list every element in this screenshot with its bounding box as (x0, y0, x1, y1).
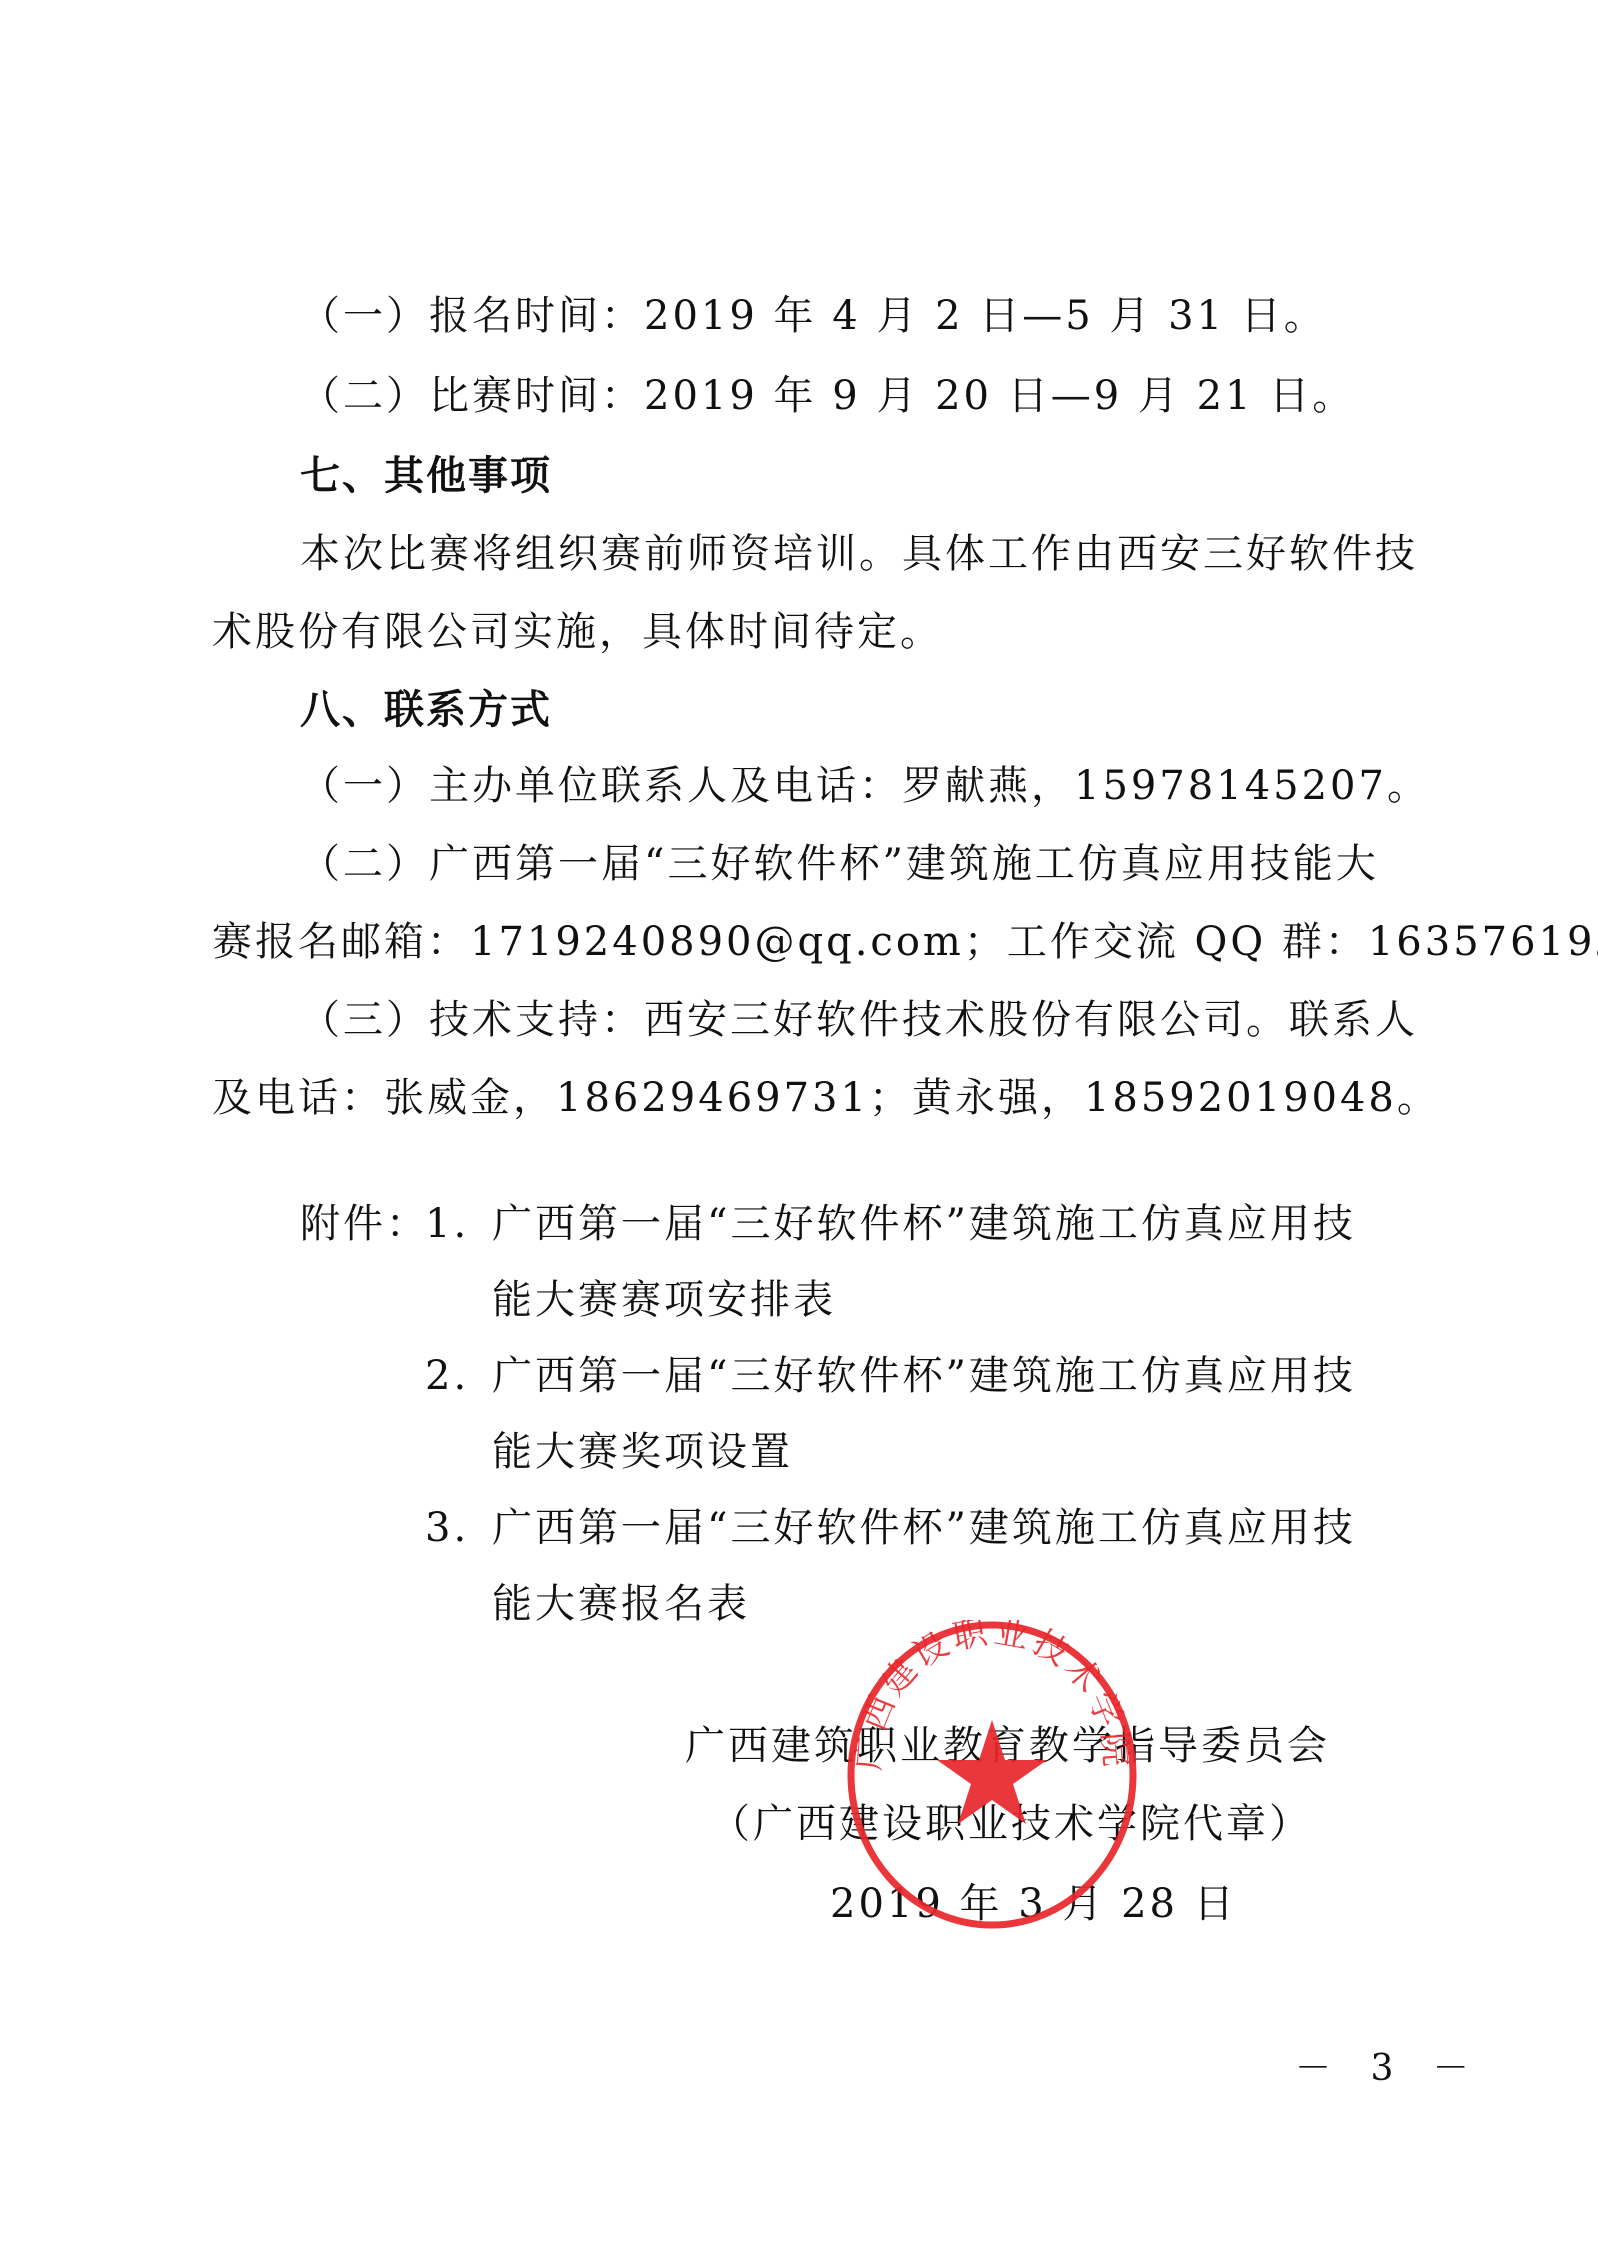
attachment-number: 3. (425, 1504, 469, 1552)
section7-paragraph-line1: 本次比赛将组织赛前师资培训。具体工作由西安三好软件技 (300, 530, 1418, 578)
attachment-title-line2: 能大赛报名表 (492, 1580, 750, 1628)
section7-heading: 七、其他事项 (300, 452, 552, 500)
attachment-title-line1: 广西第一届“三好软件杯”建筑施工仿真应用技 (492, 1352, 1356, 1400)
section7-paragraph-line2: 术股份有限公司实施，具体时间待定。 (212, 608, 943, 656)
section8-heading: 八、联系方式 (300, 686, 552, 734)
signature-seal-note: （广西建设职业技术学院代章） (710, 1800, 1312, 1848)
contact-support-line2: 及电话：张威金，18629469731；黄永强，18592019048。 (212, 1074, 1440, 1122)
page-number: － 3 － (1295, 2040, 1483, 2091)
contact-registration-line1: （二）广西第一届“三好软件杯”建筑施工仿真应用技能大 (300, 840, 1379, 888)
attachment-number: 2. (425, 1352, 469, 1400)
signature-org: 广西建筑职业教育教学指导委员会 (685, 1722, 1330, 1770)
attachment-title-line1: 广西第一届“三好软件杯”建筑施工仿真应用技 (492, 1200, 1356, 1248)
contact-registration-line2: 赛报名邮箱：1719240890@qq.com；工作交流 QQ 群：163576… (212, 918, 1598, 966)
contact-support-line1: （三）技术支持：西安三好软件技术股份有限公司。联系人 (300, 996, 1418, 1044)
attachment-title-line1: 广西第一届“三好软件杯”建筑施工仿真应用技 (492, 1504, 1356, 1552)
attachment-title-line2: 能大赛赛项安排表 (492, 1276, 836, 1324)
signature-date: 2019 年 3 月 28 日 (830, 1880, 1237, 1928)
contact-organizer: （一）主办单位联系人及电话：罗献燕，15978145207。 (300, 762, 1430, 810)
attachment-number: 1. (425, 1200, 469, 1248)
attachment-title-line2: 能大赛奖项设置 (492, 1428, 793, 1476)
competition-time: （二）比赛时间：2019 年 9 月 20 日—9 月 21 日。 (300, 372, 1355, 420)
attachments-label: 附件： (300, 1200, 429, 1248)
registration-time: （一）报名时间：2019 年 4 月 2 日—5 月 31 日。 (300, 292, 1327, 340)
